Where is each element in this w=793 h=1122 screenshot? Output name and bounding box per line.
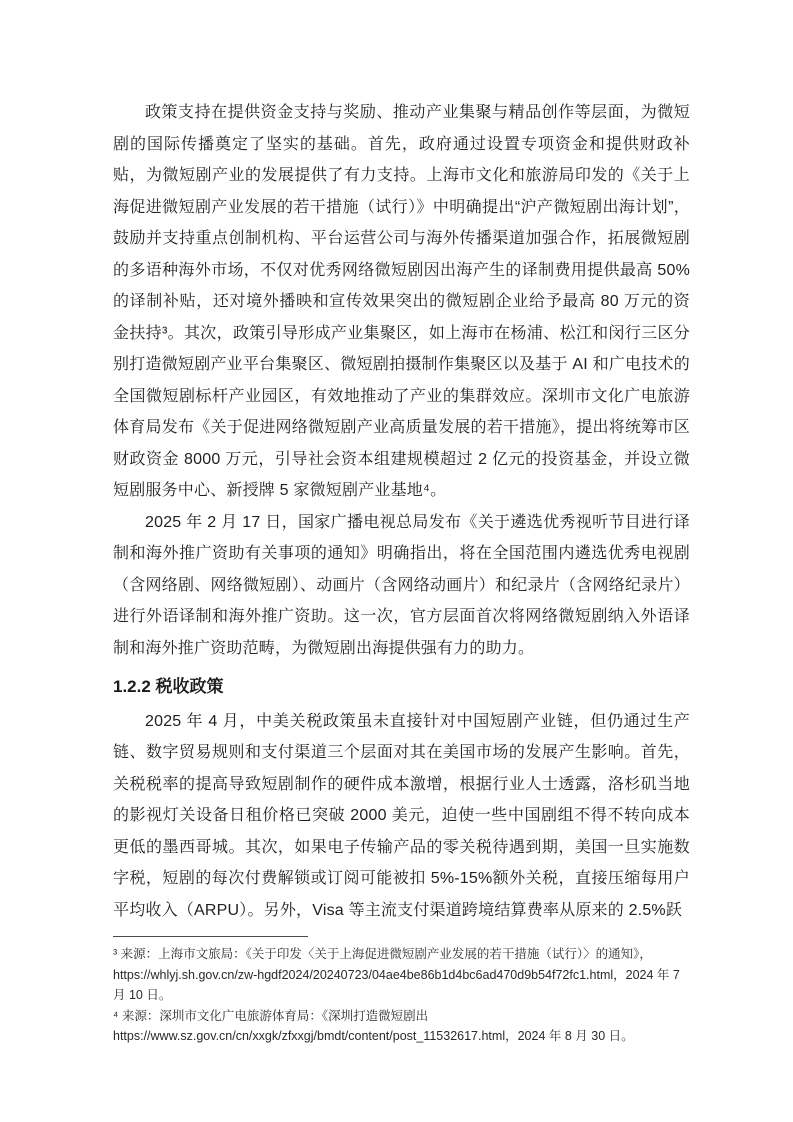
footnote-line: https://whlyj.sh.gov.cn/zw-hgdf2024/2024… — [113, 965, 690, 986]
paragraph-policy-support: 政策支持在提供资金支持与奖励、推动产业集聚与精品创作等层面，为微短剧的国际传播奠… — [113, 97, 690, 507]
page-body: 政策支持在提供资金支持与奖励、推动产业集聚与精品创作等层面，为微短剧的国际传播奠… — [113, 97, 690, 926]
footnotes-area: ³ 来源：上海市文旅局：《关于印发〈关于上海促进微短剧产业发展的若干措施（试行）… — [113, 936, 690, 1047]
footnote-4: ⁴ 来源：深圳市文化广电旅游体育局：《深圳打造微短剧出 https://www.… — [113, 1006, 690, 1047]
footnote-separator — [113, 936, 308, 937]
footnote-3: ³ 来源：上海市文旅局：《关于印发〈关于上海促进微短剧产业发展的若干措施（试行）… — [113, 944, 690, 1006]
footnote-line: ⁴ 来源：深圳市文化广电旅游体育局：《深圳打造微短剧出 — [113, 1006, 690, 1027]
document-page: 政策支持在提供资金支持与奖励、推动产业集聚与精品创作等层面，为微短剧的国际传播奠… — [0, 0, 793, 1122]
paragraph-tariff-policy: 2025 年 4 月，中美关税政策虽未直接针对中国短剧产业链，但仍通过生产链、数… — [113, 706, 690, 927]
footnote-line: 月 10 日。 — [113, 985, 690, 1006]
footnote-line: ³ 来源：上海市文旅局：《关于印发〈关于上海促进微短剧产业发展的若干措施（试行）… — [113, 944, 690, 965]
footnote-line: https://www.sz.gov.cn/cn/xxgk/zfxxgj/bmd… — [113, 1026, 690, 1047]
section-heading-tax-policy: 1.2.2 税收政策 — [113, 671, 690, 703]
paragraph-nrta-notice: 2025 年 2 月 17 日，国家广播电视总局发布《关于遴选优秀视听节目进行译… — [113, 507, 690, 665]
